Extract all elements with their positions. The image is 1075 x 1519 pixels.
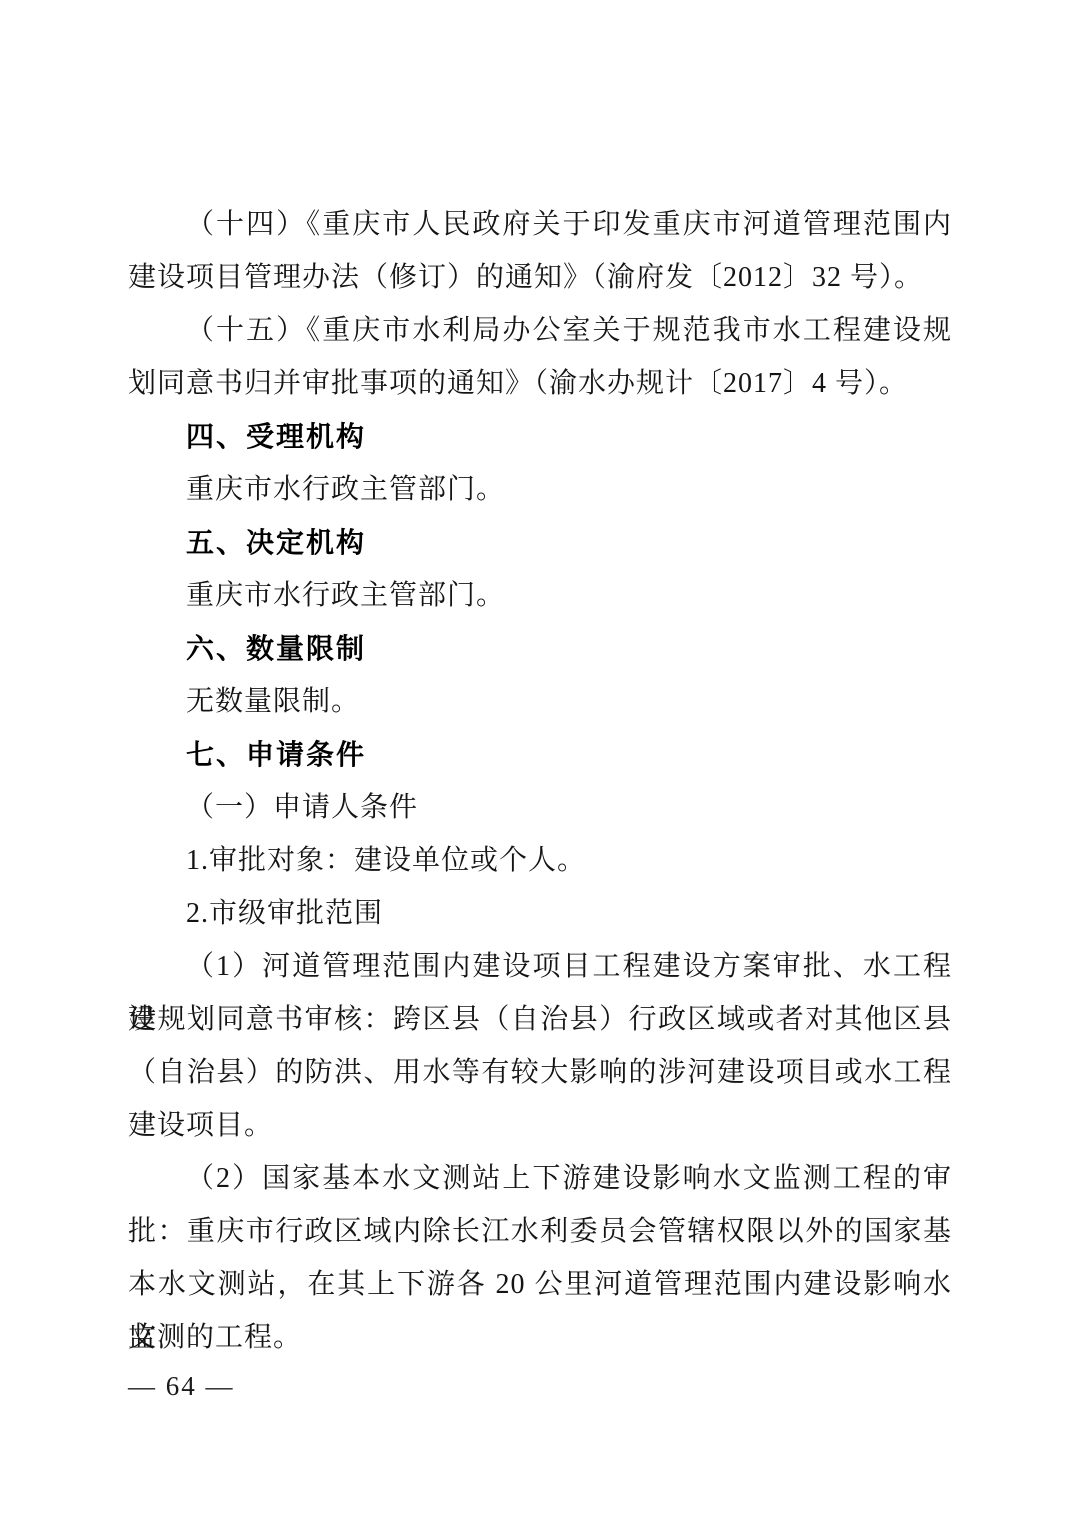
text-line: 设规划同意书审核：跨区县（自治县）行政区域或者对其他区县 [128, 993, 952, 1046]
text-line: （2）国家基本水文测站上下游建设影响水文监测工程的审 [128, 1152, 952, 1205]
section-heading: 五、决定机构 [128, 516, 952, 569]
document-page: （十四）《重庆市人民政府关于印发重庆市河道管理范围内建设项目管理办法（修订）的通… [0, 0, 1075, 1519]
page-number-footer: — 64 — [128, 1360, 235, 1413]
text-line: 重庆市水行政主管部门。 [128, 569, 952, 622]
text-line: 无数量限制。 [128, 675, 952, 728]
text-line: 重庆市水行政主管部门。 [128, 463, 952, 516]
text-line: （十五）《重庆市水利局办公室关于规范我市水工程建设规 [128, 304, 952, 357]
section-heading: 六、数量限制 [128, 622, 952, 675]
text-line: 批：重庆市行政区域内除长江水利委员会管辖权限以外的国家基 [128, 1205, 952, 1258]
section-heading: 七、申请条件 [128, 728, 952, 781]
text-line: 2.市级审批范围 [128, 887, 952, 940]
text-line: 1.审批对象：建设单位或个人。 [128, 834, 952, 887]
document-body: （十四）《重庆市人民政府关于印发重庆市河道管理范围内建设项目管理办法（修订）的通… [128, 198, 952, 1364]
text-line: （自治县）的防洪、用水等有较大影响的涉河建设项目或水工程 [128, 1046, 952, 1099]
text-line: 建设项目。 [128, 1099, 952, 1152]
text-line: （1）河道管理范围内建设项目工程建设方案审批、水工程建 [128, 940, 952, 993]
text-line: 建设项目管理办法（修订）的通知》（渝府发〔2012〕32 号）。 [128, 251, 952, 304]
text-line: （一）申请人条件 [128, 781, 952, 834]
text-line: 监测的工程。 [128, 1311, 952, 1364]
text-line: 划同意书归并审批事项的通知》（渝水办规计〔2017〕4 号）。 [128, 357, 952, 410]
section-heading: 四、受理机构 [128, 410, 952, 463]
text-line: 本水文测站，在其上下游各 20 公里河道管理范围内建设影响水文 [128, 1258, 952, 1311]
text-line: （十四）《重庆市人民政府关于印发重庆市河道管理范围内 [128, 198, 952, 251]
